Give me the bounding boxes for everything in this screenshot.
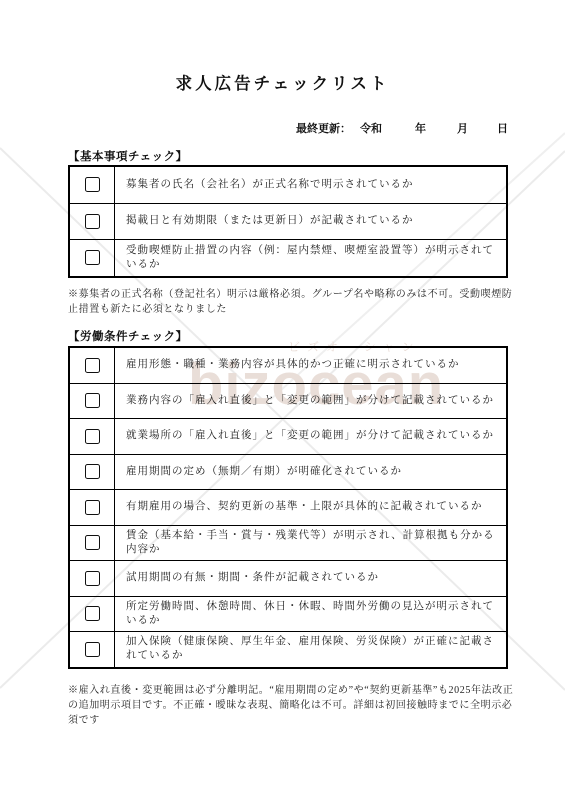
checklist-row: 就業場所の「雇入れ直後」と「変更の範囲」が分けて記載されているか xyxy=(70,418,506,454)
checkbox-cell[interactable] xyxy=(70,348,115,383)
section-heading-labor: 【労働条件チェック】 xyxy=(68,328,188,344)
checklist-item-text: 所定労働時間、休憩時間、休日・休暇、時間外労働の見込が明示されているか xyxy=(115,597,506,632)
checklist-row: 業務内容の「雇入れ直後」と「変更の範囲」が分けて記載されているか xyxy=(70,383,506,419)
checkbox-cell[interactable] xyxy=(70,167,115,203)
checklist-row: 試用期間の有無・期間・条件が記載されているか xyxy=(70,560,506,596)
checklist-item-text: 業務内容の「雇入れ直後」と「変更の範囲」が分けて記載されているか xyxy=(115,384,506,419)
checkbox[interactable] xyxy=(85,571,100,586)
month-label: 月 xyxy=(457,120,468,136)
checklist-row: 賃金（基本給・手当・賞与・残業代等）が明示され、計算根拠も分かる内容か xyxy=(70,525,506,561)
year-label: 年 xyxy=(415,120,426,136)
labor-check-table: 雇用形態・職種・業務内容が具体的かつ正確に明示されているか 業務内容の「雇入れ直… xyxy=(68,346,508,669)
checkbox[interactable] xyxy=(85,606,100,621)
checkbox-cell[interactable] xyxy=(70,561,115,596)
checkbox-cell[interactable] xyxy=(70,597,115,632)
checkbox-cell[interactable] xyxy=(70,419,115,454)
checklist-row: 募集者の氏名（会社名）が正式名称で明示されているか xyxy=(70,167,506,203)
checklist-row: 受動喫煙防止措置の内容（例：屋内禁煙、喫煙室設置等）が明示されているか xyxy=(70,239,506,276)
era-label: 令和 xyxy=(360,120,382,136)
checklist-row: 有期雇用の場合、契約更新の基準・上限が具体的に記載されているか xyxy=(70,489,506,525)
checkbox[interactable] xyxy=(85,642,100,657)
checklist-item-text: 試用期間の有無・期間・条件が記載されているか xyxy=(115,561,506,596)
last-updated-line: 最終更新： 令和 年 月 日 xyxy=(296,120,508,136)
labor-check-note: ※雇入れ直後・変更範囲は必ず分離明記。“雇用期間の定め”や“契約更新基準”も20… xyxy=(68,683,516,728)
checklist-item-text: 掲載日と有効期限（または更新日）が記載されているか xyxy=(115,204,506,240)
checkbox-cell[interactable] xyxy=(70,632,115,667)
checkbox-cell[interactable] xyxy=(70,240,115,276)
checkbox-cell[interactable] xyxy=(70,490,115,525)
checkbox[interactable] xyxy=(85,464,100,479)
checkbox[interactable] xyxy=(85,250,100,265)
checkbox[interactable] xyxy=(85,177,100,192)
basic-check-note: ※募集者の正式名称（登記社名）明示は厳格必須。グループ名や略称のみは不可。受動喫… xyxy=(68,287,516,317)
checklist-row: 加入保険（健康保険、厚生年金、雇用保険、労災保険）が正確に記載されているか xyxy=(70,631,506,667)
checkbox[interactable] xyxy=(85,393,100,408)
checklist-item-text: 雇用形態・職種・業務内容が具体的かつ正確に明示されているか xyxy=(115,348,506,383)
checklist-item-text: 賃金（基本給・手当・賞与・残業代等）が明示され、計算根拠も分かる内容か xyxy=(115,526,506,561)
checklist-row: 所定労働時間、休憩時間、休日・休暇、時間外労働の見込が明示されているか xyxy=(70,596,506,632)
checklist-item-text: 有期雇用の場合、契約更新の基準・上限が具体的に記載されているか xyxy=(115,490,506,525)
checklist-row: 雇用形態・職種・業務内容が具体的かつ正確に明示されているか xyxy=(70,348,506,383)
checkbox-cell[interactable] xyxy=(70,526,115,561)
checkbox[interactable] xyxy=(85,500,100,515)
checkbox[interactable] xyxy=(85,429,100,444)
checklist-item-text: 就業場所の「雇入れ直後」と「変更の範囲」が分けて記載されているか xyxy=(115,419,506,454)
last-updated-label: 最終更新： xyxy=(296,120,351,136)
checkbox-cell[interactable] xyxy=(70,204,115,240)
checkbox-cell[interactable] xyxy=(70,455,115,490)
document-page: ビズオーシャン bizocean 求人広告チェックリスト 最終更新： 令和 年 … xyxy=(0,0,565,800)
checklist-item-text: 雇用期間の定め（無期／有期）が明確化されているか xyxy=(115,455,506,490)
checkbox[interactable] xyxy=(85,214,100,229)
checkbox[interactable] xyxy=(85,535,100,550)
checkbox[interactable] xyxy=(85,358,100,373)
checklist-item-text: 受動喫煙防止措置の内容（例：屋内禁煙、喫煙室設置等）が明示されているか xyxy=(115,240,506,276)
document-title: 求人広告チェックリスト xyxy=(0,70,565,94)
checkbox-cell[interactable] xyxy=(70,384,115,419)
checklist-row: 雇用期間の定め（無期／有期）が明確化されているか xyxy=(70,454,506,490)
basic-check-table: 募集者の氏名（会社名）が正式名称で明示されているか 掲載日と有効期限（または更新… xyxy=(68,165,508,278)
day-label: 日 xyxy=(497,120,508,136)
checklist-item-text: 加入保険（健康保険、厚生年金、雇用保険、労災保険）が正確に記載されているか xyxy=(115,632,506,667)
section-heading-basic: 【基本事項チェック】 xyxy=(68,148,188,164)
checklist-row: 掲載日と有効期限（または更新日）が記載されているか xyxy=(70,203,506,240)
checklist-item-text: 募集者の氏名（会社名）が正式名称で明示されているか xyxy=(115,167,506,203)
